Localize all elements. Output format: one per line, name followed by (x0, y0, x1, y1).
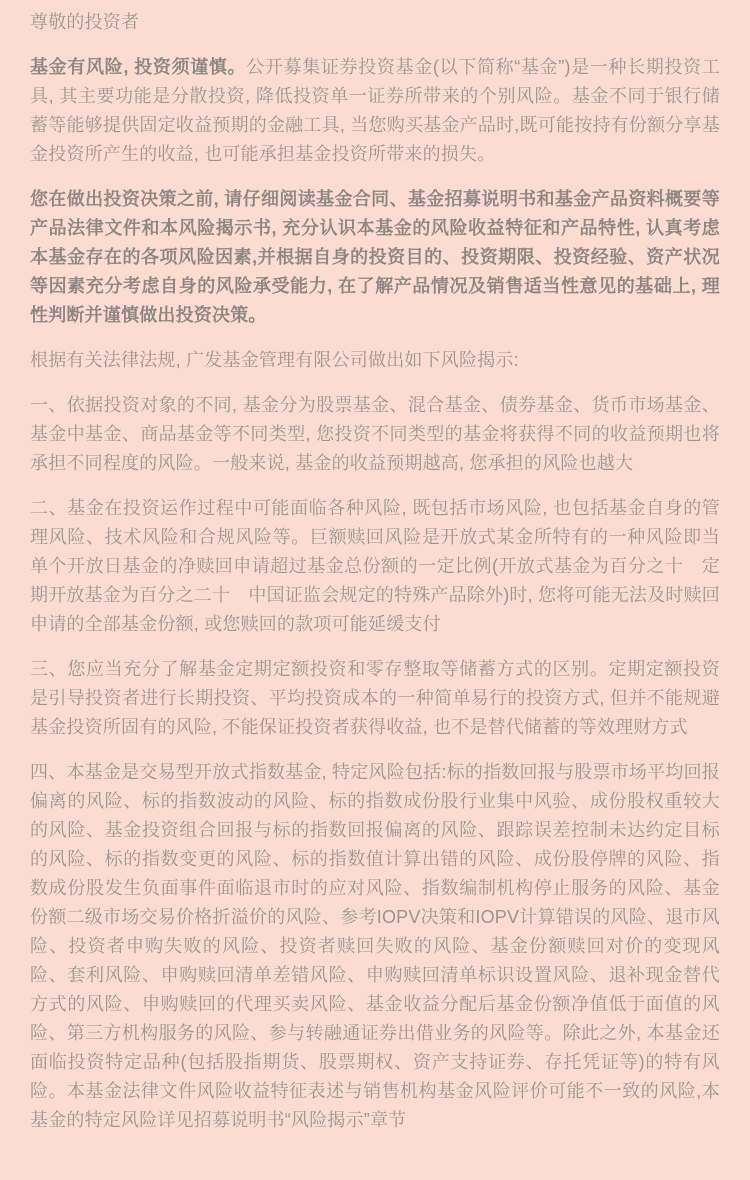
paragraph-risk-item-2: 二、基金在投资运作过程中可能面临各种风险, 既包括市场风险, 也包括基金自身的管… (30, 494, 720, 639)
paragraph-risk-item-1: 一、依据投资对象的不同, 基金分为股票基金、混合基金、债券基金、货币市场基金、基… (30, 391, 720, 478)
paragraph-issuer-statement: 根据有关法律法规, 广发基金管理有限公司做出如下风险揭示: (30, 346, 720, 375)
paragraph-decision-notice: 您在做出投资决策之前, 请仔细阅读基金合同、基金招募说明书和基金产品资料概要等产… (30, 185, 720, 330)
paragraph-risk-item-4: 四、本基金是交易型开放式指数基金, 特定风险包括:标的指数回报与股票市场平均回报… (30, 758, 720, 1135)
fund-risk-warning-bold-lead: 基金有风险, 投资须谨慎。 (30, 57, 246, 77)
paragraph-risk-item-3: 三、您应当充分了解基金定期定额投资和零存整取等储蓄方式的区别。定期定额投资是引导… (30, 655, 720, 742)
risk-disclosure-document: 尊敬的投资者 基金有风险, 投资须谨慎。公开募集证券投资基金(以下简称“基金”)… (0, 0, 750, 1155)
paragraph-fund-risk-intro: 基金有风险, 投资须谨慎。公开募集证券投资基金(以下简称“基金”)是一种长期投资… (30, 53, 720, 169)
salutation: 尊敬的投资者 (30, 8, 720, 37)
